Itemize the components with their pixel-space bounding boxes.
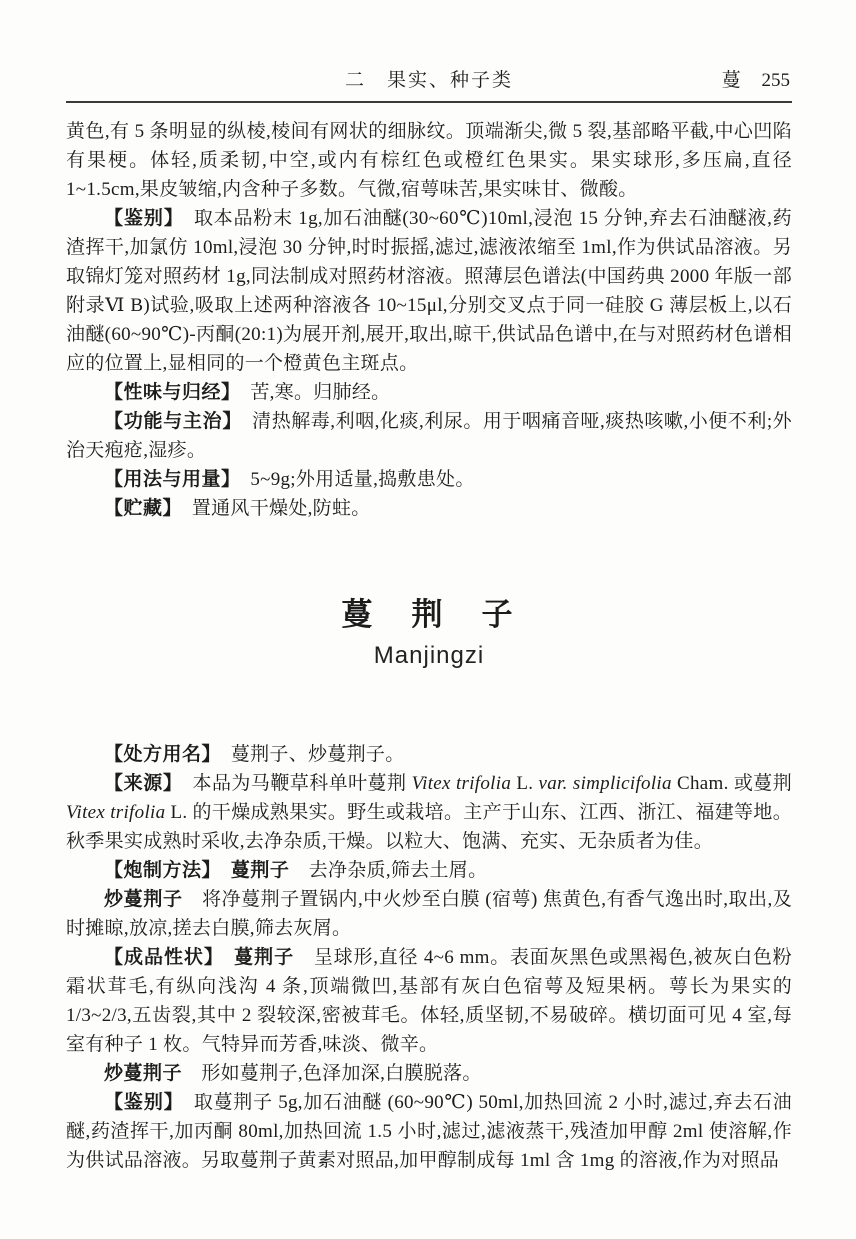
monograph-continued-text: 黄色,有 5 条明显的纵棱,棱间有网状的细脉纹。顶端渐尖,微 5 裂,基部略平截… xyxy=(66,117,792,523)
paragraph: 【成品性状】 蔓荆子 呈球形,直径 4~6 mm。表面灰黑色或黑褐色,被灰白色粉… xyxy=(66,943,792,1059)
text-run: 【鉴别】 xyxy=(104,1092,174,1113)
paragraph: 【来源】 本品为马鞭草科单叶蔓荆 Vitex trifolia L. var. … xyxy=(66,769,792,856)
paragraph: 【处方用名】 蔓荆子、炒蔓荆子。 xyxy=(66,740,792,769)
text-run: 蔓荆子、炒蔓荆子。 xyxy=(212,744,405,765)
text-run: 【性味与归经】 xyxy=(104,382,231,403)
text-run xyxy=(212,860,231,881)
page-corner: 蔓 255 xyxy=(722,70,790,92)
text-run: 【成品性状】 xyxy=(104,947,214,968)
paragraph: 【功能与主治】 清热解毒,利咽,化痰,利尿。用于咽痛音哑,痰热咳嗽,小便不利;外… xyxy=(66,407,792,465)
text-run: 【炮制方法】 xyxy=(104,860,212,881)
text-run: 【鉴别】 xyxy=(104,208,174,229)
text-run: 本品为马鞭草科单叶蔓荆 xyxy=(173,773,412,794)
text-run: 【贮藏】 xyxy=(104,498,173,519)
paragraph: 黄色,有 5 条明显的纵棱,棱间有网状的细脉纹。顶端渐尖,微 5 裂,基部略平截… xyxy=(66,117,792,204)
paragraph: 【性味与归经】 苦,寒。归肺经。 xyxy=(66,378,792,407)
monograph-pinyin: Manjingzi xyxy=(66,641,792,671)
text-run: 蔓荆子 xyxy=(231,860,290,881)
text-run: 炒蔓荆子 xyxy=(104,889,183,910)
paragraph: 【贮藏】 置通风干燥处,防蛀。 xyxy=(66,494,792,523)
paragraph: 【鉴别】 取蔓荆子 5g,加石油醚 (60~90℃) 50ml,加热回流 2 小… xyxy=(66,1088,792,1175)
guide-character: 蔓 xyxy=(722,70,741,91)
page: 二 果实、种子类 蔓 255 黄色,有 5 条明显的纵棱,棱间有网状的细脉纹。顶… xyxy=(0,0,856,1239)
text-run: 【来源】 xyxy=(104,773,173,794)
text-run: 炒蔓荆子 xyxy=(104,1063,182,1084)
text-run: Vitex trifolia xyxy=(66,802,165,823)
monograph-manjingzi-text: 【处方用名】 蔓荆子、炒蔓荆子。【来源】 本品为马鞭草科单叶蔓荆 Vitex t… xyxy=(66,740,792,1175)
text-run: 苦,寒。归肺经。 xyxy=(231,382,390,403)
text-run: 去净杂质,筛去土屑。 xyxy=(289,860,487,881)
text-run: 黄色,有 5 条明显的纵棱,棱间有网状的细脉纹。顶端渐尖,微 5 裂,基部略平截… xyxy=(66,121,792,200)
monograph-title: 蔓 荆 子 xyxy=(66,595,792,635)
text-run: 取蔓荆子 5g,加石油醚 (60~90℃) 50ml,加热回流 2 小时,滤过,… xyxy=(66,1092,792,1171)
page-header: 二 果实、种子类 蔓 255 xyxy=(66,70,792,92)
text-run: 【用法与用量】 xyxy=(104,469,231,490)
chapter-heading: 二 果实、种子类 xyxy=(66,70,792,92)
text-run: Cham. 或蔓荆 xyxy=(672,773,792,794)
text-run: Vitex trifolia xyxy=(412,773,512,794)
text-run: 【功能与主治】 xyxy=(104,411,233,432)
text-run: L. xyxy=(511,773,538,794)
text-run: 置通风干燥处,防蛀。 xyxy=(173,498,371,519)
paragraph: 【炮制方法】 蔓荆子 去净杂质,筛去土屑。 xyxy=(66,856,792,885)
paragraph: 炒蔓荆子 将净蔓荆子置锅内,中火炒至白膜 (宿萼) 焦黄色,有香气逸出时,取出,… xyxy=(66,885,792,943)
paragraph: 炒蔓荆子 形如蔓荆子,色泽加深,白膜脱落。 xyxy=(66,1059,792,1088)
text-run xyxy=(214,947,234,968)
text-run: 5~9g;外用适量,捣敷患处。 xyxy=(231,469,475,490)
text-run: 【处方用名】 xyxy=(104,744,212,765)
text-run: 取本品粉末 1g,加石油醚(30~60℃)10ml,浸泡 15 分钟,弃去石油醚… xyxy=(66,208,792,374)
paragraph: 【鉴别】 取本品粉末 1g,加石油醚(30~60℃)10ml,浸泡 15 分钟,… xyxy=(66,204,792,378)
text-run: 蔓荆子 xyxy=(234,947,294,968)
text-run: var. simplicifolia xyxy=(539,773,672,794)
page-number: 255 xyxy=(762,70,791,91)
text-run: L. 的干燥成熟果实。野生或栽培。主产于山东、江西、浙江、福建等地。秋季果实成熟… xyxy=(66,802,792,852)
text-run: 形如蔓荆子,色泽加深,白膜脱落。 xyxy=(182,1063,482,1084)
paragraph: 【用法与用量】 5~9g;外用适量,捣敷患处。 xyxy=(66,465,792,494)
header-rule xyxy=(66,101,792,103)
